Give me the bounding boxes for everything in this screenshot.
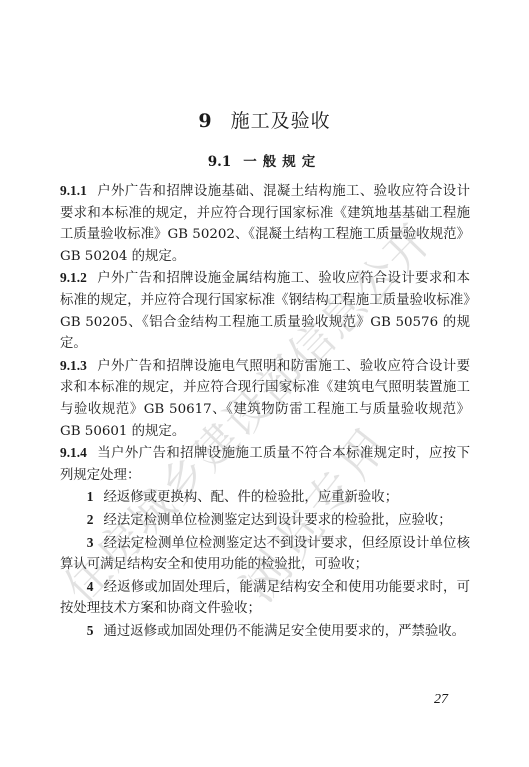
clause-text: 户外广告和招牌设施电气照明和防雷施工、验收应符合设计要求和本标准的规定，并应符合… [60, 359, 470, 439]
chapter-title: 9施工及验收 [0, 106, 529, 133]
clause-number: 9.1.1 [60, 183, 87, 198]
list-item-5: 5通过返修或加固处理仍不能满足安全使用要求的，严禁验收。 [60, 620, 470, 643]
section-number: 9.1 [208, 154, 232, 170]
chapter-title-text: 施工及验收 [231, 110, 331, 132]
item-number: 3 [87, 535, 94, 550]
item-number: 4 [87, 579, 94, 594]
section-title-text: 一般规定 [243, 154, 321, 170]
item-number: 2 [87, 512, 94, 527]
item-text: 经法定检测单位检测鉴定达到设计要求的检验批，应验收； [104, 513, 452, 528]
item-text: 经返修或加固处理后，能满足结构安全和使用功能要求时，可按处理技术方案和协商文件验… [60, 580, 470, 617]
list-item-2: 2经法定检测单位检测鉴定达到设计要求的检验批，应验收； [60, 509, 470, 532]
item-text: 通过返修或加固处理仍不能满足安全使用要求的，严禁验收。 [104, 624, 466, 639]
document-page: 9施工及验收 9.1一般规定 9.1.1户外广告和招牌设施基础、混凝土结构施工、… [0, 0, 529, 767]
clause-text: 户外广告和招牌设施金属结构施工、验收应符合设计要求和本标准的规定，并应符合现行国… [60, 271, 470, 351]
clause-9-1-4: 9.1.4当户外广告和招牌设施施工质量不符合本标准规定时，应按下列规定处理： [60, 442, 470, 486]
clause-number: 9.1.4 [60, 445, 87, 460]
chapter-number: 9 [198, 110, 212, 132]
clause-9-1-1: 9.1.1户外广告和招牌设施基础、混凝土结构施工、验收应符合设计要求和本标准的规… [60, 180, 470, 267]
clause-number: 9.1.3 [60, 358, 87, 373]
item-number: 1 [87, 489, 94, 504]
section-title: 9.1一般规定 [0, 150, 529, 170]
page-number: 27 [434, 692, 448, 708]
clause-text: 当户外广告和招牌设施施工质量不符合本标准规定时，应按下列规定处理： [60, 446, 470, 483]
item-text: 经法定检测单位检测鉴定达不到设计要求，但经原设计单位核算认可满足结构安全和使用功… [60, 536, 470, 573]
item-number: 5 [87, 623, 94, 638]
clause-9-1-3: 9.1.3户外广告和招牌设施电气照明和防雷施工、验收应符合设计要求和本标准的规定… [60, 355, 470, 442]
list-item-4: 4经返修或加固处理后，能满足结构安全和使用功能要求时，可按处理技术方案和协商文件… [60, 576, 470, 620]
list-item-1: 1经返修或更换构、配、件的检验批，应重新验收； [60, 486, 470, 509]
clause-9-1-2: 9.1.2户外广告和招牌设施金属结构施工、验收应符合设计要求和本标准的规定，并应… [60, 267, 470, 354]
list-item-3: 3经法定检测单位检测鉴定达不到设计要求，但经原设计单位核算认可满足结构安全和使用… [60, 532, 470, 576]
document-body: 9.1.1户外广告和招牌设施基础、混凝土结构施工、验收应符合设计要求和本标准的规… [60, 180, 470, 642]
clause-text: 户外广告和招牌设施基础、混凝土结构施工、验收应符合设计要求和本标准的规定，并应符… [60, 184, 470, 264]
clause-number: 9.1.2 [60, 270, 87, 285]
item-text: 经返修或更换构、配、件的检验批，应重新验收； [104, 490, 399, 505]
